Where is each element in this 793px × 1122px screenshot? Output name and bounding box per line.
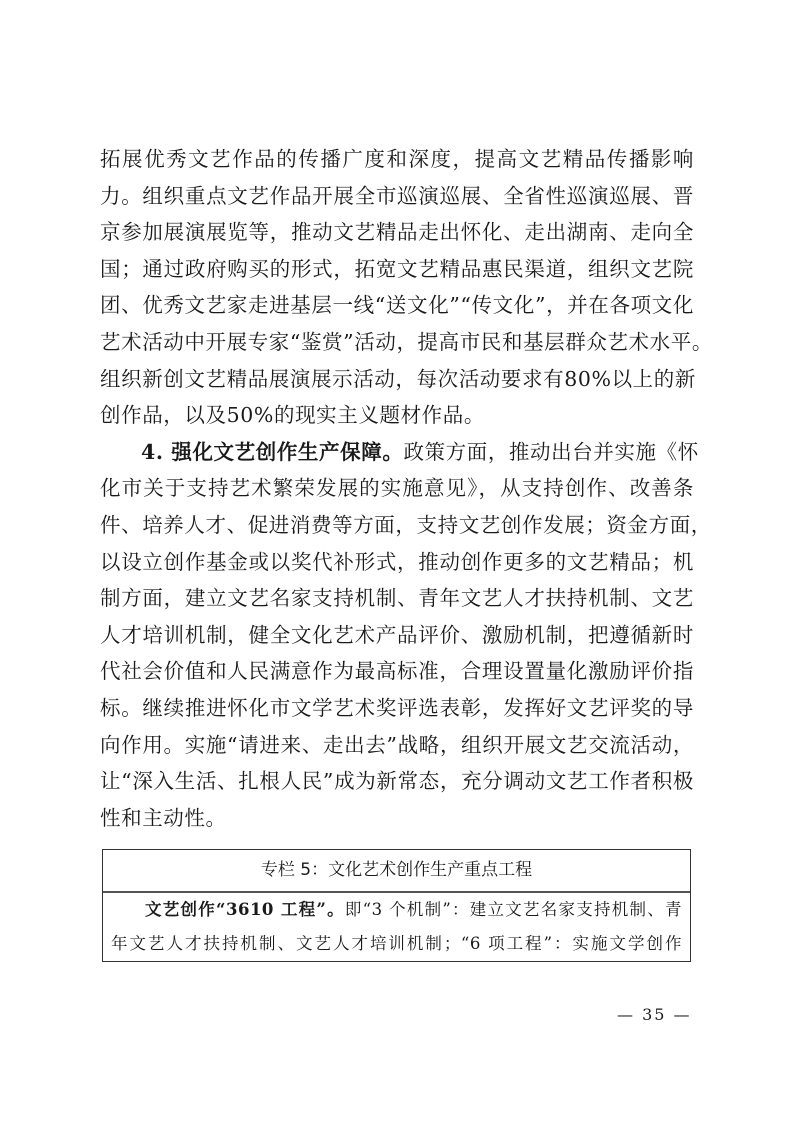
text-line: 团、优秀文艺家走进基层一线“送文化”“传文化”，并在各项文化 xyxy=(100,287,694,324)
column-box-body: 文艺创作“3610 工程”。即“3 个机制”：建立文艺名家支持机制、青 年文艺人… xyxy=(103,893,690,961)
text-run: 政策方面，推动出台并实施《怀 xyxy=(403,440,698,464)
body-text: 拓展优秀文艺作品的传播广度和深度，提高文艺精品传播影响 力。组织重点文艺作品开展… xyxy=(100,141,694,836)
text-line: 拓展优秀文艺作品的传播广度和深度，提高文艺精品传播影响 xyxy=(100,141,694,178)
text-line: 文艺创作“3610 工程”。即“3 个机制”：建立文艺名家支持机制、青 xyxy=(111,893,682,927)
document-page: 拓展优秀文艺作品的传播广度和深度，提高文艺精品传播影响 力。组织重点文艺作品开展… xyxy=(0,0,793,1122)
paragraph-dissemination: 拓展优秀文艺作品的传播广度和深度，提高文艺精品传播影响 力。组织重点文艺作品开展… xyxy=(100,141,694,434)
text-line: 4. 强化文艺创作生产保障。政策方面，推动出台并实施《怀 xyxy=(100,434,694,471)
text-line: 化市关于支持艺术繁荣发展的实施意见》，从支持创作、改善条 xyxy=(100,470,694,507)
text-line: 组织新创文艺精品展演展示活动，每次活动要求有80%以上的新 xyxy=(100,361,694,398)
text-line: 京参加展演展览等，推动文艺精品走出怀化、走出湖南、走向全 xyxy=(100,214,694,251)
text-line: 人才培训机制，健全文化艺术产品评价、激励机制，把遵循新时 xyxy=(100,617,694,654)
column-box-title: 专栏 5：文化艺术创作生产重点工程 xyxy=(103,850,690,893)
text-line: 力。组织重点文艺作品开展全市巡演巡展、全省性巡演巡展、晋 xyxy=(100,178,694,215)
text-line: 让“深入生活、扎根人民”成为新常态，充分调动文艺工作者积极 xyxy=(100,763,694,800)
text-line: 艺术活动中开展专家“鉴赏”活动，提高市民和基层群众艺术水平。 xyxy=(100,324,694,361)
text-line: 创作品，以及50%的现实主义题材作品。 xyxy=(100,397,694,434)
text-line: 件、培养人才、促进消费等方面，支持文艺创作发展；资金方面， xyxy=(100,507,694,544)
page-number: — 35 — xyxy=(617,1005,692,1024)
text-line: 向作用。实施“请进来、走出去”战略，组织开展文艺交流活动， xyxy=(100,727,694,764)
section-heading: 4. 强化文艺创作生产保障。 xyxy=(141,440,403,464)
column-box: 专栏 5：文化艺术创作生产重点工程 文艺创作“3610 工程”。即“3 个机制”… xyxy=(102,849,691,962)
paragraph-guarantee: 4. 强化文艺创作生产保障。政策方面，推动出台并实施《怀 化市关于支持艺术繁荣发… xyxy=(100,434,694,837)
text-line: 代社会价值和人民满意作为最高标准，合理设置量化激励评价指 xyxy=(100,653,694,690)
text-line: 以设立创作基金或以奖代补形式，推动创作更多的文艺精品；机 xyxy=(100,544,694,581)
text-line: 标。继续推进怀化市文学艺术奖评选表彰，发挥好文艺评奖的导 xyxy=(100,690,694,727)
column-box-heading: 文艺创作“3610 工程”。 xyxy=(145,900,345,919)
text-line: 国；通过政府购买的形式，拓宽文艺精品惠民渠道，组织文艺院 xyxy=(100,251,694,288)
text-line: 制方面，建立文艺名家支持机制、青年文艺人才扶持机制、文艺 xyxy=(100,580,694,617)
text-run: 即“3 个机制”：建立文艺名家支持机制、青 xyxy=(345,900,682,919)
text-line: 年文艺人才扶持机制、文艺人才培训机制；“6 项工程”：实施文学创作 xyxy=(111,927,682,961)
text-line: 性和主动性。 xyxy=(100,800,694,837)
